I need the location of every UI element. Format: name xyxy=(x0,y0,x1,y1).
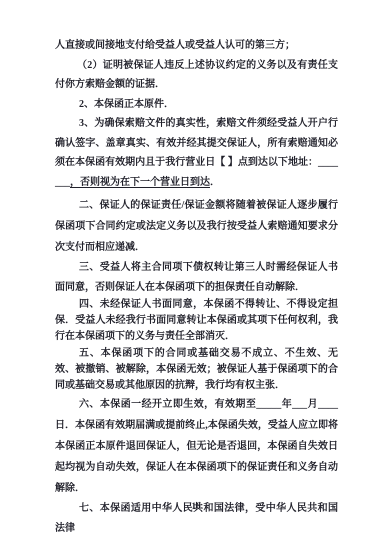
paragraph-5: 二、保证人的保证责任/保证金额将随着被保证人逐步履行保函项下合同约定或法定义务以… xyxy=(55,195,338,258)
text-run: 月 xyxy=(307,399,318,410)
text-run: 六、本保函一经开立即生效，有效期至 xyxy=(79,399,256,410)
fill-in-blank: ___ xyxy=(292,399,307,410)
document-body: 人直接或间接地支付给受益人或受益人认可的第三方；（2）证明被保证人违反上述协议约… xyxy=(55,36,338,538)
paragraph-2: （2）证明被保证人违反上述协议约定的义务以及有责任支付你方索赔金额的证据． xyxy=(55,56,338,95)
fill-in-blank: _____ xyxy=(256,399,281,410)
paragraph-4: 3、为确保索赔文件的真实性，索赔文件须经受益人开户行确认签字、盖章真实、有效并经… xyxy=(55,114,338,192)
text-run: 三、受益人将主合同项下债权转让第三人时需经保证人书面同意，否则保证人在本保函项下… xyxy=(55,262,338,293)
fill-in-blank: ____ xyxy=(318,399,338,410)
text-run: （2）证明被保证人违反上述协议约定的义务以及有责任支付你方索赔金额的证据． xyxy=(55,60,338,91)
paragraph-3: 2、本保函正本原件． xyxy=(55,95,338,115)
text-run: 四、未经保证人书面同意，本保函不得转让、不得设定担保．受益人未经我行书面同意转让… xyxy=(55,299,338,342)
paragraph-9: 六、本保函一经开立即生效，有效期至_____年___月____日．本保函有效期届… xyxy=(55,394,338,499)
text-run: 2、本保函正本原件． xyxy=(79,99,174,110)
text-run: ． xyxy=(210,177,220,188)
text-run: 日．本保函有效期届满或提前终止,本保函失效，受益人应立即将本保函正本原件退回保证… xyxy=(55,420,338,494)
paragraph-1: 人直接或间接地支付给受益人或受益人认可的第三方； xyxy=(55,36,338,56)
text-run: 五、本保函项下的合同或基础交易不成立、不生效、无效、被撤销、被解除，本保函无效；… xyxy=(55,348,338,391)
page-number: 16 xyxy=(0,501,392,511)
paragraph-6: 三、受益人将主合同项下债权转让第三人时需经保证人书面同意，否则保证人在本保函项下… xyxy=(55,258,338,297)
paragraph-8: 五、本保函项下的合同或基础交易不成立、不生效、无效、被撤销、被解除，本保函无效；… xyxy=(55,346,338,395)
text-run: 二、保证人的保证责任/保证金额将随着被保证人逐步履行保函项下合同约定或法定义务以… xyxy=(55,200,338,253)
paragraph-7: 四、未经保证人书面同意，本保函不得转让、不得设定担保．受益人未经我行书面同意转让… xyxy=(55,297,338,346)
text-run: 人直接或间接地支付给受益人或受益人认可的第三方； xyxy=(55,40,295,51)
underlined-text: ，否则视为在下一个营业日到达 xyxy=(70,177,210,188)
document-page: 人直接或间接地支付给受益人或受益人认可的第三方；（2）证明被保证人违反上述协议约… xyxy=(0,0,392,547)
text-run: 3、为确保索赔文件的真实性，索赔文件须经受益人开户行确认签字、盖章真实、有效并经… xyxy=(55,118,338,168)
text-run: 年 xyxy=(281,399,292,410)
